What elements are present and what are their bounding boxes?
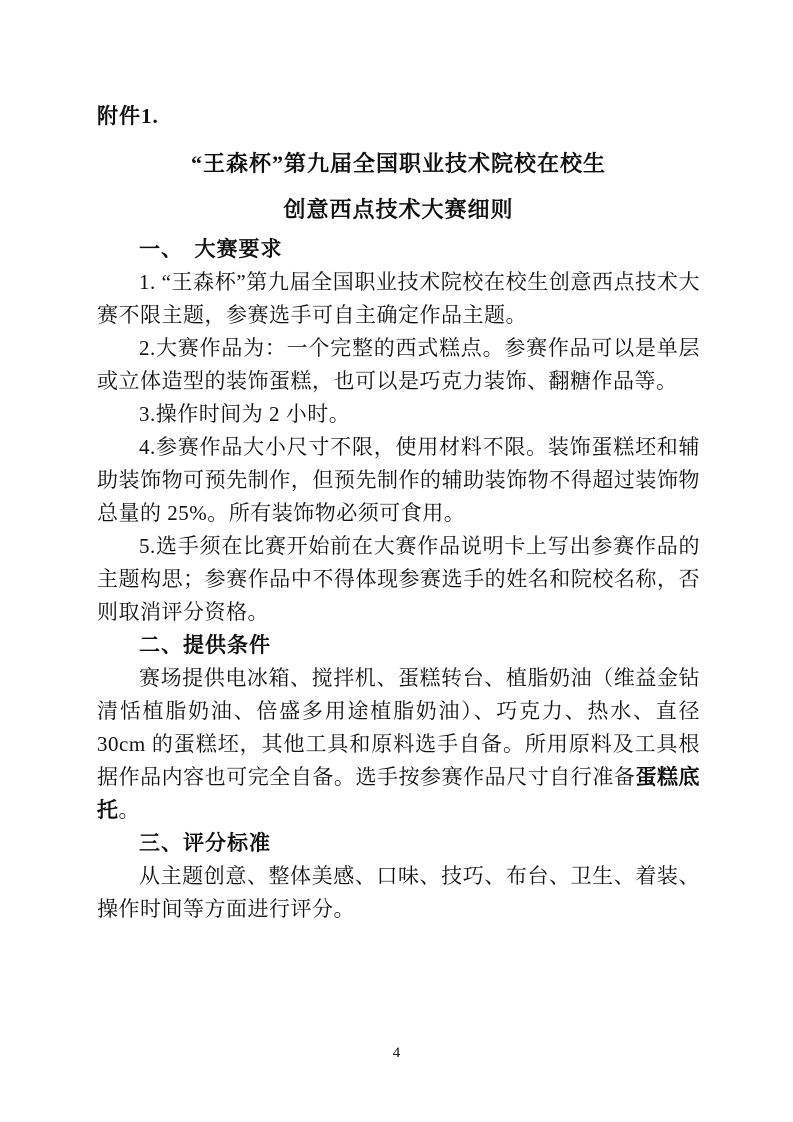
section-1-item-5: 5.选手须在比赛开始前在大赛作品说明卡上写出参赛作品的主题构思；参赛作品中不得体… <box>97 530 700 629</box>
document-title-line1: “王森杯”第九届全国职业技术院校在校生 <box>97 141 700 187</box>
section-3-heading: 三、评分标准 <box>97 827 700 860</box>
text-segment: 。 <box>119 798 141 822</box>
section-3-paragraph: 从主题创意、整体美感、口味、技巧、布台、卫生、着装、操作时间等方面进行评分。 <box>97 860 700 926</box>
section-1-item-2: 2.大赛作品为：一个完整的西式糕点。参赛作品可以是单层或立体造型的装饰蛋糕，也可… <box>97 332 700 398</box>
section-1-heading: 一、 大赛要求 <box>97 233 700 266</box>
text-segment: 赛场提供电冰箱、搅拌机、蛋糕转台、植脂奶油（维益金钻清恬植脂奶油、倍盛多用途植脂… <box>97 666 700 789</box>
section-2-paragraph: 赛场提供电冰箱、搅拌机、蛋糕转台、植脂奶油（维益金钻清恬植脂奶油、倍盛多用途植脂… <box>97 662 700 827</box>
page-number: 4 <box>0 1044 793 1062</box>
section-1-item-3: 3.操作时间为 2 小时。 <box>97 398 700 431</box>
section-2-heading: 二、提供条件 <box>97 629 700 662</box>
section-1-item-4: 4.参赛作品大小尺寸不限，使用材料不限。装饰蛋糕坯和辅助装饰物可预先制作，但预先… <box>97 431 700 530</box>
document-page: 附件1. “王森杯”第九届全国职业技术院校在校生 创意西点技术大赛细则 一、 大… <box>0 0 793 1122</box>
attachment-label: 附件1. <box>97 100 700 133</box>
section-1-item-1: 1. “王森杯”第九届全国职业技术院校在校生创意西点技术大赛不限主题，参赛选手可… <box>97 266 700 332</box>
document-title-line2: 创意西点技术大赛细则 <box>97 187 700 233</box>
title-block: “王森杯”第九届全国职业技术院校在校生 创意西点技术大赛细则 <box>97 141 700 233</box>
